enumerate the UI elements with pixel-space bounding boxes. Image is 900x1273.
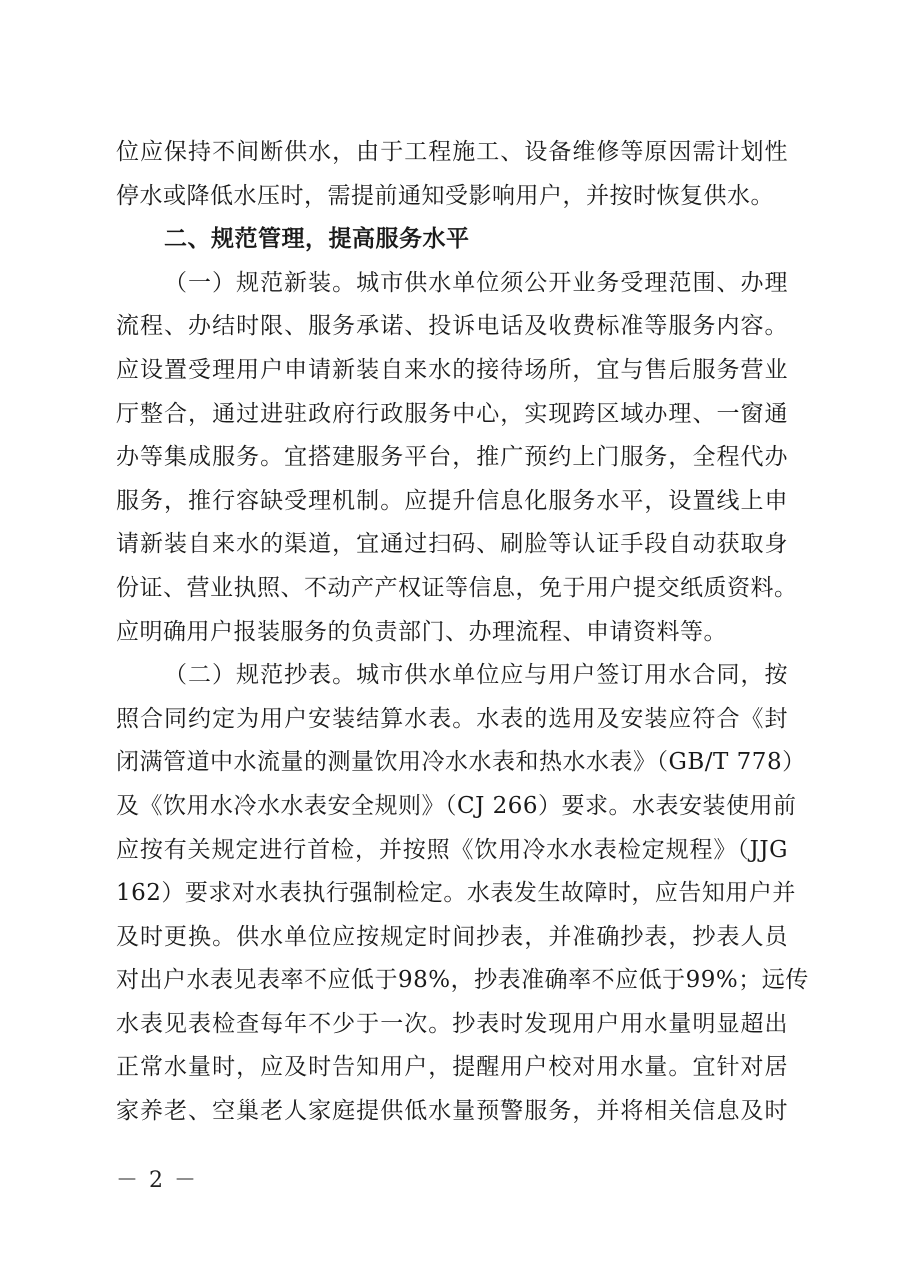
body-text-line: 应设置受理用户申请新装自来水的接待场所，宜与售后服务营业 — [116, 349, 788, 393]
body-text-line: 请新装自来水的渠道，宜通过扫码、刷脸等认证手段自动获取身 — [116, 523, 788, 567]
paragraph-start-line: （二）规范抄表。城市供水单位应与用户签订用水合同，按 — [116, 654, 788, 698]
body-text-line: 对出户水表见表率不应低于98%，抄表准确率不应低于99%；远传 — [116, 959, 788, 1003]
document-body: 位应保持不间断供水，由于工程施工、设备维修等原因需计划性 停水或降低水压时，需提… — [116, 131, 788, 1134]
page-number: － 2 － — [116, 1166, 198, 1196]
body-text-line: 家养老、空巢老人家庭提供低水量预警服务，并将相关信息及时 — [116, 1090, 788, 1134]
body-text-line: 应按有关规定进行首检，并按照《饮用冷水水表检定规程》（JJG — [116, 829, 788, 873]
body-text-line: 服务，推行容缺受理机制。应提升信息化服务水平，设置线上申 — [116, 480, 788, 524]
paragraph-start-line: （一）规范新装。城市供水单位须公开业务受理范围、办理 — [116, 262, 788, 306]
body-text-line: 应明确用户报装服务的负责部门、办理流程、申请资料等。 — [116, 611, 788, 655]
body-text-line: 162）要求对水表执行强制检定。水表发生故障时，应告知用户并 — [116, 872, 788, 916]
body-text-line: 厅整合，通过进驻政府行政服务中心，实现跨区域办理、一窗通 — [116, 393, 788, 437]
body-text-line: 正常水量时，应及时告知用户，提醒用户校对用水量。宜针对居 — [116, 1046, 788, 1090]
body-text-line: 照合同约定为用户安装结算水表。水表的选用及安装应符合《封 — [116, 698, 788, 742]
body-text-line: 及时更换。供水单位应按规定时间抄表，并准确抄表，抄表人员 — [116, 916, 788, 960]
body-text-line: 流程、办结时限、服务承诺、投诉电话及收费标准等服务内容。 — [116, 305, 788, 349]
body-text-line: 停水或降低水压时，需提前通知受影响用户，并按时恢复供水。 — [116, 175, 788, 219]
body-text-line: 水表见表检查每年不少于一次。抄表时发现用户用水量明显超出 — [116, 1003, 788, 1047]
body-text-line: 及《饮用水冷水水表安全规则》（CJ 266）要求。水表安装使用前 — [116, 785, 788, 829]
body-text-line: 份证、营业执照、不动产产权证等信息，免于用户提交纸质资料。 — [116, 567, 788, 611]
body-text-line: 办等集成服务。宜搭建服务平台，推广预约上门服务，全程代办 — [116, 436, 788, 480]
section-heading: 二、规范管理，提高服务水平 — [116, 218, 788, 262]
body-text-line: 闭满管道中水流量的测量饮用冷水水表和热水水表》（GB/T 778） — [116, 741, 788, 785]
body-text-line: 位应保持不间断供水，由于工程施工、设备维修等原因需计划性 — [116, 131, 788, 175]
